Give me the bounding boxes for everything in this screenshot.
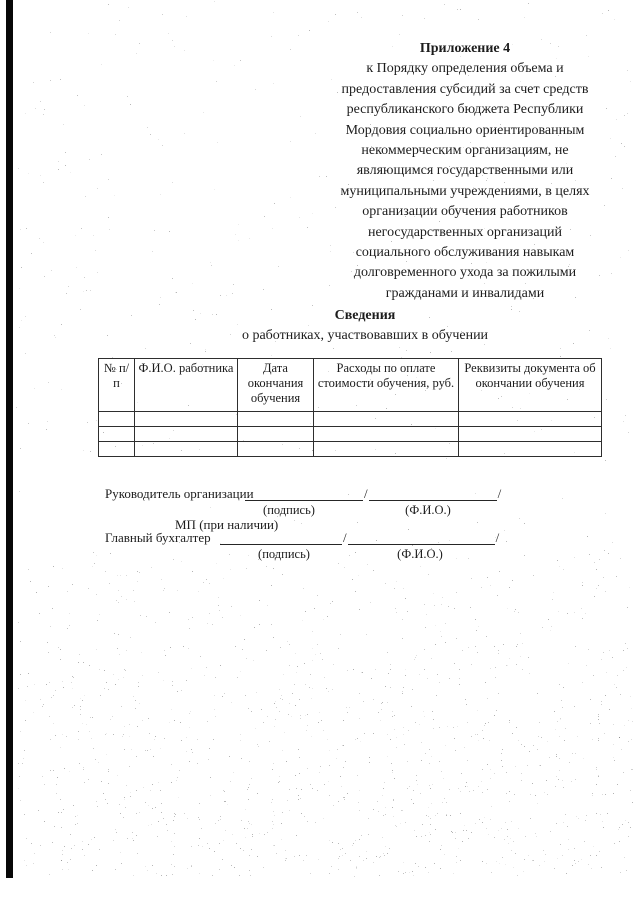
scan-noise [0, 0, 1, 1]
appendix-line: организации обучения работников [303, 202, 627, 222]
col-header-number: № п/п [99, 359, 135, 412]
table-cell [238, 442, 314, 457]
appendix-line: гражданами и инвалидами [303, 284, 627, 304]
appendix-line: являющимся государственными или [303, 161, 627, 181]
table-cell [135, 412, 238, 427]
table-cell [459, 427, 602, 442]
appendix-line: долговременного ухода за пожилыми [303, 263, 627, 283]
appendix-number: Приложение 4 [303, 39, 627, 59]
binding-edge-bar [6, 0, 13, 878]
slash-separator: / [497, 487, 503, 501]
table-cell [99, 427, 135, 442]
appendix-line: Мордовия социально ориентированным [303, 121, 627, 141]
scanned-document-page: Приложение 4 к Порядку определения объем… [0, 0, 640, 905]
table-cell [314, 442, 459, 457]
title-line-2: о работниках, участвовавших в обучении [103, 326, 627, 346]
table-cell [238, 412, 314, 427]
fio-blank-line [369, 487, 497, 501]
col-header-fio: Ф.И.О. работника [135, 359, 238, 412]
table-cell [459, 412, 602, 427]
appendix-line: социального обслуживания навыкам [303, 243, 627, 263]
col-header-end-date: Дата окончания обучения [238, 359, 314, 412]
signature-blank-line [245, 487, 363, 501]
appendix-header: Приложение 4 к Порядку определения объем… [303, 39, 627, 304]
appendix-line: предоставления субсидий за счет средств [303, 80, 627, 100]
document-title: Сведения о работниках, участвовавших в о… [103, 306, 627, 346]
signature-caption: (подпись) [263, 503, 315, 518]
table-header-row: № п/п Ф.И.О. работника Дата окончания об… [99, 359, 602, 412]
table-cell [314, 412, 459, 427]
table-row [99, 412, 602, 427]
table-cell [314, 427, 459, 442]
table-cell [135, 442, 238, 457]
table-row [99, 427, 602, 442]
signature-caption: (подпись) [258, 547, 310, 562]
title-line-1: Сведения [103, 306, 627, 326]
fio-caption: (Ф.И.О.) [405, 503, 451, 518]
fio-caption: (Ф.И.О.) [397, 547, 443, 562]
table-cell [459, 442, 602, 457]
signature-blank-line [220, 531, 342, 545]
appendix-line: муниципальными учреждениями, в целях [303, 182, 627, 202]
head-of-organization-label: Руководитель организации [105, 487, 245, 501]
chief-accountant-label: Главный бухгалтер [105, 531, 220, 545]
table-row [99, 442, 602, 457]
col-header-document: Реквизиты документа об окончании обучени… [459, 359, 602, 412]
table-cell [238, 427, 314, 442]
fio-blank-line [348, 531, 495, 545]
accountant-signature-row: Главный бухгалтер / / [105, 531, 500, 545]
appendix-line: к Порядку определения объема и [303, 59, 627, 79]
table-cell [135, 427, 238, 442]
col-header-costs: Расходы по оплате стоимости обучения, ру… [314, 359, 459, 412]
appendix-line: республиканского бюджета Республики [303, 100, 627, 120]
training-participants-table: № п/п Ф.И.О. работника Дата окончания об… [98, 358, 602, 457]
table-cell [99, 442, 135, 457]
slash-separator: / [495, 531, 501, 545]
table-cell [99, 412, 135, 427]
head-signature-row: Руководитель организации / / [105, 487, 502, 501]
appendix-line: негосударственных организаций [303, 223, 627, 243]
appendix-line: некоммерческим организациям, не [303, 141, 627, 161]
